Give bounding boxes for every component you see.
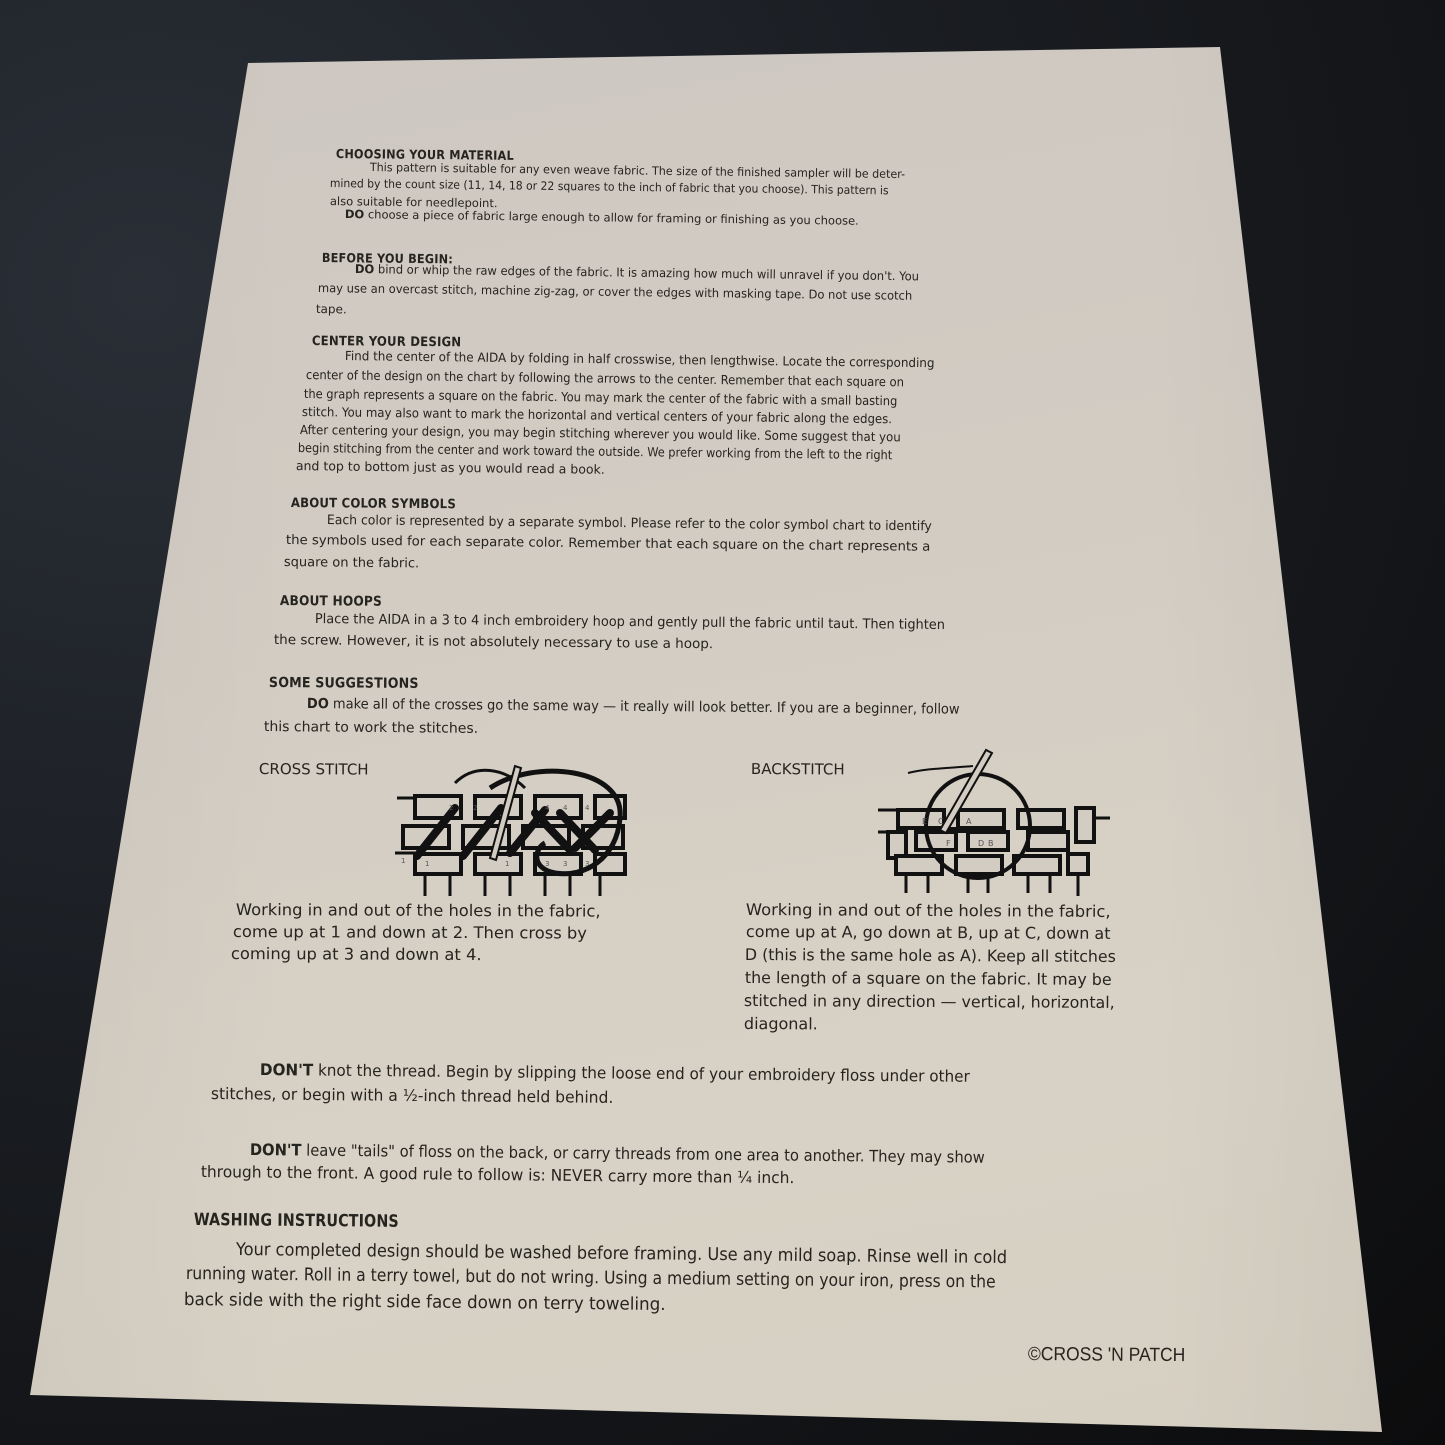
heading-washing-instructions: WASHING INSTRUCTIONS bbox=[194, 1210, 399, 1232]
backstitch-line-1: Working in and out of the holes in the f… bbox=[746, 900, 1111, 921]
svg-text:A: A bbox=[966, 817, 972, 826]
svg-text:D: D bbox=[978, 839, 984, 848]
svg-text:E: E bbox=[922, 817, 927, 826]
svg-text:B: B bbox=[988, 839, 994, 848]
copyright-notice: ©CROSS 'N PATCH bbox=[1028, 1344, 1186, 1367]
svg-text:3: 3 bbox=[585, 860, 589, 868]
cross-stitch-title: CROSS STITCH bbox=[259, 760, 369, 779]
backstitch-line-3: D (this is the same hole as A). Keep all… bbox=[745, 945, 1116, 966]
backstitch-line-5: stitched in any direction — vertical, ho… bbox=[744, 991, 1115, 1012]
dont-lead: DON'T bbox=[260, 1060, 313, 1080]
cross-stitch-line-1: Working in and out of the holes in the f… bbox=[236, 900, 601, 921]
heading-about-hoops: ABOUT HOOPS bbox=[280, 593, 382, 610]
svg-text:4: 4 bbox=[545, 804, 550, 812]
backstitch-line-2: come up at A, go down at B, up at C, dow… bbox=[746, 922, 1111, 943]
do-lead: DO bbox=[345, 207, 365, 221]
backstitch-title: BACKSTITCH bbox=[751, 760, 845, 778]
heading-color-symbols: ABOUT COLOR SYMBOLS bbox=[291, 496, 456, 512]
color-symbols-line-3: square on the fabric. bbox=[284, 555, 419, 571]
svg-text:3: 3 bbox=[545, 860, 549, 868]
svg-text:2: 2 bbox=[473, 804, 477, 812]
svg-text:4: 4 bbox=[585, 804, 590, 812]
svg-text:1: 1 bbox=[505, 860, 509, 868]
svg-text:C: C bbox=[938, 817, 944, 826]
dont-lead: DON'T bbox=[250, 1140, 302, 1160]
svg-text:3: 3 bbox=[563, 860, 567, 868]
svg-text:F: F bbox=[946, 839, 951, 848]
before-begin-line-3: tape. bbox=[316, 302, 347, 316]
svg-text:4: 4 bbox=[563, 804, 568, 812]
cross-stitch-diagram: 22444 111333 bbox=[395, 758, 635, 908]
dont-knot-line-2: stitches, or begin with a ½-inch thread … bbox=[211, 1084, 614, 1107]
heading-some-suggestions: SOME SUGGESTIONS bbox=[269, 675, 419, 692]
backstitch-line-6: diagonal. bbox=[744, 1014, 818, 1033]
svg-text:1: 1 bbox=[401, 857, 405, 865]
cross-stitch-line-2: come up at 1 and down at 2. Then cross b… bbox=[233, 922, 587, 943]
svg-text:2: 2 bbox=[449, 804, 453, 812]
some-suggestions-line-2: this chart to work the stitches. bbox=[264, 719, 478, 737]
svg-text:1: 1 bbox=[425, 860, 429, 868]
do-lead: DO bbox=[307, 696, 329, 712]
cross-stitch-line-3: coming up at 3 and down at 4. bbox=[231, 944, 482, 964]
backstitch-line-4: the length of a square on the fabric. It… bbox=[745, 968, 1112, 989]
do-lead: DO bbox=[355, 262, 375, 276]
backstitch-diagram: ECA FDB bbox=[878, 748, 1118, 898]
